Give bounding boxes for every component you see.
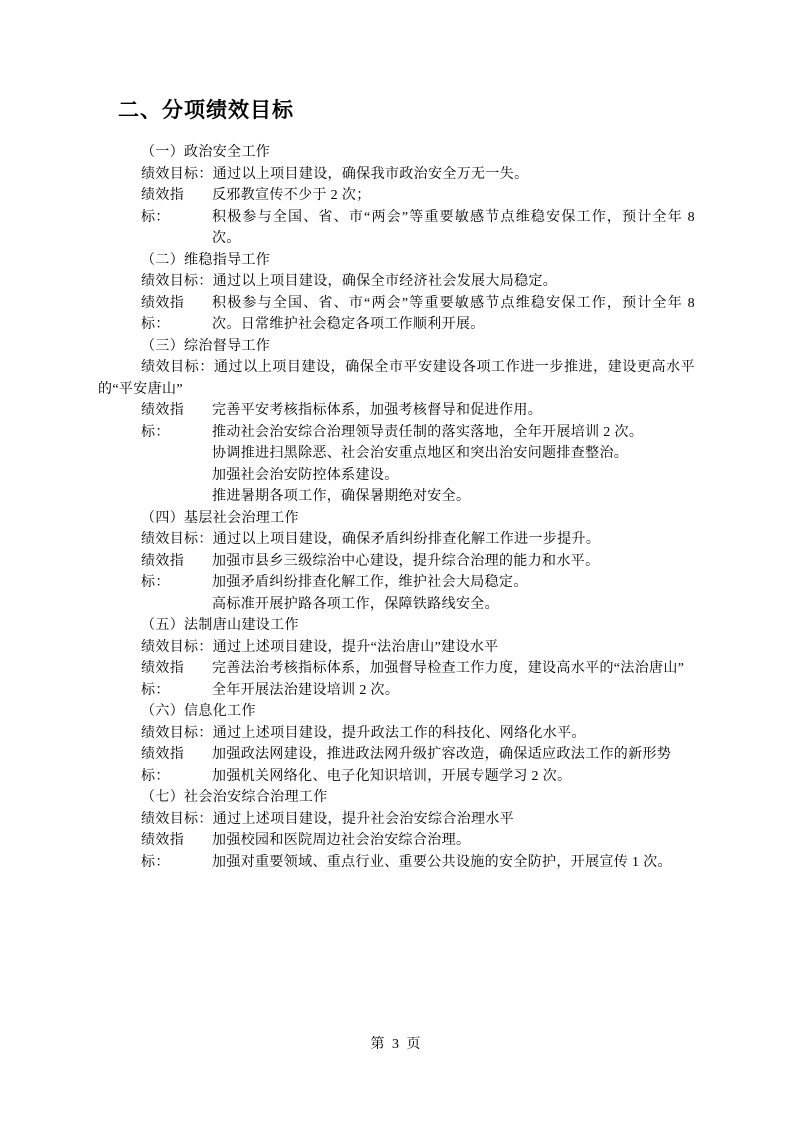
indicator-item: 高标准开展护路各项工作，保障铁路线安全。 [212,594,695,616]
indicator-item: 推进暑期各项工作，确保暑期绝对安全。 [212,486,695,508]
goal-paragraph: 绩效目标：通过上述项目建设，提升社会治安综合治理水平 [98,809,695,831]
section-heading: （一）政治安全工作 [98,142,695,164]
indicator-label: 绩效指标： [141,551,212,616]
goal-text: 通过上述项目建设，提升政法工作的科技化、网络化水平。 [213,726,586,741]
indicator-item: 加强矛盾纠纷排查化解工作，维护社会大局稳定。 [212,572,695,594]
section-heading: （七）社会治安综合治理工作 [98,787,695,809]
indicator-item: 完善法治考核指标体系，加强督导检查工作力度，建设高水平的“法治唐山” [212,658,695,680]
indicator-item: 加强政法网建设，推进政法网升级扩容改造，确保适应政法工作的新形势 [212,744,695,766]
indicator-items: 加强政法网建设，推进政法网升级扩容改造，确保适应政法工作的新形势 加强机关网络化… [212,744,695,787]
indicator-items: 加强校园和医院周边社会治安综合治理。 加强对重要领域、重点行业、重要公共设施的安… [212,830,695,873]
indicator-label: 绩效指标： [141,830,212,873]
indicator-item: 积极参与全国、省、市“两会”等重要敏感节点维稳安保工作，预计全年 8 次。日常维… [212,293,695,336]
indicator-items: 完善法治考核指标体系，加强督导检查工作力度，建设高水平的“法治唐山” 全年开展法… [212,658,695,701]
goal-label: 绩效目标： [141,532,213,547]
indicator-item: 加强市县乡三级综治中心建设，提升综合治理的能力和水平。 [212,551,695,573]
document-content: 二、分项绩效目标 （一）政治安全工作 绩效目标：通过以上项目建设，确保我市政治安… [0,0,793,873]
indicator-label: 绩效指标： [141,658,212,701]
indicator-item: 加强对重要领域、重点行业、重要公共设施的安全防护，开展宣传 1 次。 [212,852,695,874]
indicator-item: 加强社会治安防控体系建设。 [212,465,695,487]
section-heading: （二）维稳指导工作 [98,250,695,272]
indicator-paragraph: 绩效指标： 加强政法网建设，推进政法网升级扩容改造，确保适应政法工作的新形势 加… [141,744,695,787]
goal-paragraph: 绩效目标：通过以上项目建设，确保全市经济社会发展大局稳定。 [98,271,695,293]
goal-label: 绩效目标： [141,360,214,375]
goal-text: 通过上述项目建设，提升社会治安综合治理水平 [213,812,514,827]
goal-paragraph: 绩效目标：通过上述项目建设，提升政法工作的科技化、网络化水平。 [98,723,695,745]
indicator-paragraph: 绩效指标： 完善平安考核指标体系，加强考核督导和促进作用。 推动社会治安综合治理… [141,400,695,508]
indicator-item: 反邪教宣传不少于 2 次； [212,185,695,207]
document-page: 二、分项绩效目标 （一）政治安全工作 绩效目标：通过以上项目建设，确保我市政治安… [0,0,793,1122]
page-title: 二、分项绩效目标 [118,97,695,124]
goal-paragraph: 绩效目标：通过以上项目建设，确保矛盾纠纷排查化解工作进一步提升。 [98,529,695,551]
indicator-item: 完善平安考核指标体系，加强考核督导和促进作用。 [212,400,695,422]
section-heading: （六）信息化工作 [98,701,695,723]
goal-text: 通过上述项目建设，提升“法治唐山”建设水平 [213,640,499,655]
section-heading: （三）综治督导工作 [98,336,695,358]
indicator-item: 全年开展法治建设培训 2 次。 [212,680,695,702]
goal-paragraph: 绩效目标：通过上述项目建设，提升“法治唐山”建设水平 [98,637,695,659]
indicator-paragraph: 绩效指标： 反邪教宣传不少于 2 次； 积极参与全国、省、市“两会”等重要敏感节… [141,185,695,250]
indicator-items: 加强市县乡三级综治中心建设，提升综合治理的能力和水平。 加强矛盾纠纷排查化解工作… [212,551,695,616]
goal-text: 通过以上项目建设，确保我市政治安全万无一失。 [213,167,529,182]
indicator-paragraph: 绩效指标： 积极参与全国、省、市“两会”等重要敏感节点维稳安保工作，预计全年 8… [141,293,695,336]
indicator-item: 推动社会治安综合治理领导责任制的落实落地，全年开展培训 2 次。 [212,422,695,444]
indicator-label: 绩效指标： [141,400,212,508]
indicator-item: 积极参与全国、省、市“两会”等重要敏感节点维稳安保工作，预计全年 8 次。 [212,207,695,250]
goal-label: 绩效目标： [141,640,213,655]
goal-paragraph: 绩效目标：通过以上项目建设，确保全市平安建设各项工作进一步推进，建设更高水平的“… [98,357,695,400]
indicator-item: 加强校园和医院周边社会治安综合治理。 [212,830,695,852]
section-heading: （五）法制唐山建设工作 [98,615,695,637]
indicator-items: 积极参与全国、省、市“两会”等重要敏感节点维稳安保工作，预计全年 8 次。日常维… [212,293,695,336]
indicator-label: 绩效指标： [141,293,212,336]
goal-text: 通过以上项目建设，确保矛盾纠纷排查化解工作进一步提升。 [213,532,600,547]
indicator-items: 反邪教宣传不少于 2 次； 积极参与全国、省、市“两会”等重要敏感节点维稳安保工… [212,185,695,250]
indicator-paragraph: 绩效指标： 完善法治考核指标体系，加强督导检查工作力度，建设高水平的“法治唐山”… [141,658,695,701]
goal-label: 绩效目标： [141,167,213,182]
indicator-paragraph: 绩效指标： 加强市县乡三级综治中心建设，提升综合治理的能力和水平。 加强矛盾纠纷… [141,551,695,616]
indicator-label: 绩效指标： [141,744,212,787]
indicator-paragraph: 绩效指标： 加强校园和医院周边社会治安综合治理。 加强对重要领域、重点行业、重要… [141,830,695,873]
indicator-items: 完善平安考核指标体系，加强考核督导和促进作用。 推动社会治安综合治理领导责任制的… [212,400,695,508]
goal-paragraph: 绩效目标：通过以上项目建设，确保我市政治安全万无一失。 [98,164,695,186]
section-heading: （四）基层社会治理工作 [98,508,695,530]
page-footer: 第 3 页 [0,1034,793,1056]
indicator-item: 加强机关网络化、电子化知识培训，开展专题学习 2 次。 [212,766,695,788]
goal-label: 绩效目标： [141,726,213,741]
goal-text: 通过以上项目建设，确保全市经济社会发展大局稳定。 [213,274,557,289]
indicator-label: 绩效指标： [141,185,212,250]
indicator-item: 协调推进扫黑除恶、社会治安重点地区和突出治安问题排查整治。 [212,443,695,465]
goal-label: 绩效目标： [141,812,213,827]
goal-label: 绩效目标： [141,274,213,289]
